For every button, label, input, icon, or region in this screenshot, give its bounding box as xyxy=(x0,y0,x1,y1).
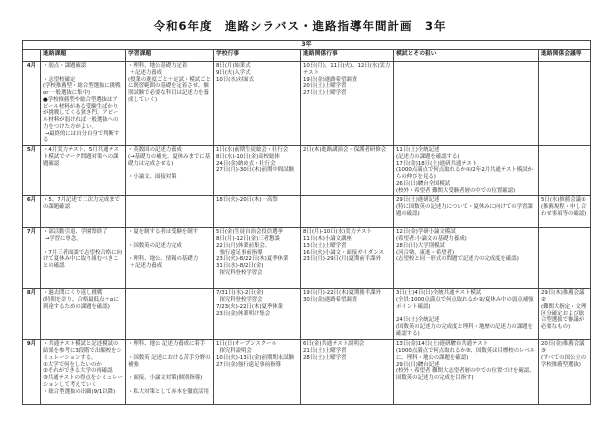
cell-career-task: ・部活動引退、学園祭終了 →学習に専念。 ・7月三者面談で志望校合格に向けて夏休… xyxy=(41,228,126,289)
cell-study-task xyxy=(126,289,214,340)
cell-mock-exam: 29日(土)進研記述 (特に国数英の記述力について・夏休みに向けての学習課題の確… xyxy=(394,196,539,228)
cell-mock-exam: 12日(金)学研小論文模試 (希望者:小論文の基礎力養成) 28日(日)大学別模… xyxy=(394,228,539,289)
table-row-july: 7月 ・部活動引退、学園祭終了 →学習に専念。 ・7月三者面談で志望校合格に向け… xyxy=(23,228,591,289)
cell-school-event: 18日(火)-20日(木)一高祭 xyxy=(214,196,301,228)
table-row-september: 9月 ・共通テスト模試と記述模試の結果を参考に3段階で出願校をシミュレーションす… xyxy=(23,340,591,405)
header-career-task: 進路課題 xyxy=(41,50,126,62)
table-row-april: 4月 ・弱点・課題確認 ・志望校確定 (学校推薦型・総合型選抜に挑戦 or 一般… xyxy=(23,62,591,146)
cell-career-meeting xyxy=(539,62,591,146)
cell-career-meeting xyxy=(539,146,591,196)
cell-study-task xyxy=(126,196,214,228)
cell-career-task: ・過去問にくり返し挑戦 (時間を計り、合格最低点＋αに到達するための課題を確認) xyxy=(41,289,126,340)
cell-study-task: ・夏を制する者は受験を制す ・国数英の記述力完成 ・理科、地公、情報の基礎力 ＋… xyxy=(126,228,214,289)
cell-school-event: 1日(日)オープンスクール 探究科説明会 10日(火)-13日(金)前期期末試験… xyxy=(214,340,301,405)
grade-row: 3年 xyxy=(23,41,591,50)
cell-career-task: ・弱点・課題確認 ・志望校確定 (学校推薦型・総合型選抜に挑戦 or 一般選抜に… xyxy=(41,62,126,146)
cell-mock-exam: 13日(金)14日(土)進研駿台共通テスト (1000点満点で何点取れるか③、国… xyxy=(394,340,539,405)
month-label: 9月 xyxy=(23,340,41,405)
cell-school-event: 5日(金)生徒自治会役員選挙 8日(月)-12日(金)三者懇談 22日(月)休業… xyxy=(214,228,301,289)
cell-study-task: ・理科、地公 記述力養成に着手 ・国数英 記述における苦手分野の補強 ・面接、小… xyxy=(126,340,214,405)
cell-career-meeting xyxy=(539,228,591,289)
cell-study-task: ・理科、地公基礎力定着 ＋記述力養成 (授業の進度ごと＋定試・模試ごとに既習範囲… xyxy=(126,62,214,146)
cell-career-task: ・5、7月記述で二次力完成までの課題確認 xyxy=(41,196,126,228)
annual-plan-table: 3年 進路課題 学習課題 学校行事 進路関係行事 模試とその狙い 進路関係会議等… xyxy=(22,40,591,405)
header-career-event: 進路関係行事 xyxy=(301,50,394,62)
cell-mock-exam: 3日(土)4日(日)全統共通テスト模試 (全員:1000点満点で何点取れるか②/… xyxy=(394,289,539,340)
table-row-june: 6月 ・5、7月記述で二次力完成までの課題確認 18日(火)-20日(木)一高祭… xyxy=(23,196,591,228)
cell-career-task: ・共通テスト模試と記述模試の結果を参考に3段階で出願校をシミュレーションする。 … xyxy=(41,340,126,405)
cell-career-event: 19日(月)-22日(木)夏期後半課外 30日(金)進路希望調査 xyxy=(301,289,394,340)
cell-career-meeting: 5日(水)推薦会議① (推薦規程・申し合わせ事項等の確認) xyxy=(539,196,591,228)
table-row-august: 8月 ・過去問にくり返し挑戦 (時間を計り、合格最低点＋αに到達するための課題を… xyxy=(23,289,591,340)
grade-label: 3年 xyxy=(23,41,591,50)
month-label: 6月 xyxy=(23,196,41,228)
page-title: 令和6年度 進路シラバス・進路指導年間計画 3年 xyxy=(0,0,600,34)
table-header-row: 進路課題 学習課題 学校行事 進路関係行事 模試とその狙い 進路関係会議等 xyxy=(23,50,591,62)
header-mock-exam: 模試とその狙い xyxy=(394,50,539,62)
cell-career-event: 8日(月)-10日(水)実力テスト 11日(木)小論文講座 13日(土)土曜学習… xyxy=(301,228,394,289)
header-school-event: 学校行事 xyxy=(214,50,301,62)
cell-career-task: ・4月実力テスト、5月共通テスト模試でマーク問題対策への課題確認 xyxy=(41,146,126,196)
cell-mock-exam xyxy=(394,62,539,146)
cell-career-event: 2日(木)進路講演会・保護者研修会 xyxy=(301,146,394,196)
header-study-task: 学習課題 xyxy=(126,50,214,62)
cell-school-event: 8日(月)始業式 9日(火)入学式 10日(水)対面式 xyxy=(214,62,301,146)
month-label: 8月 xyxy=(23,289,41,340)
header-month-spacer xyxy=(23,50,41,62)
cell-mock-exam: 11日(土)全統記述 (記述力の課題を確認する) 17日(金)18日(土)進研共… xyxy=(394,146,539,196)
month-label: 4月 xyxy=(23,62,41,146)
document-page: 令和6年度 進路シラバス・進路指導年間計画 3年 3年 進路課題 学習課題 学校… xyxy=(0,0,600,424)
header-career-meeting: 進路関係会議等 xyxy=(539,50,591,62)
month-label: 7月 xyxy=(23,228,41,289)
table-row-may: 5月 ・4月実力テスト、5月共通テスト模試でマーク問題対策への課題確認 ・英数国… xyxy=(23,146,591,196)
cell-study-task: ・英数国の記述力養成 (→基礎力の補充、夏休みまでに基礎力は完成させる) ・小論… xyxy=(126,146,214,196)
cell-career-event xyxy=(301,196,394,228)
cell-school-event: 1日(水)前期生徒総会・壮行会 8日(水)-10日(金)高校総体 24日(金)納… xyxy=(214,146,301,196)
month-label: 5月 xyxy=(23,146,41,196)
cell-career-meeting: 29日(木)推薦会議② (難関大指定・文理区分確定および総合型選抜で審議が必要な… xyxy=(539,289,591,340)
cell-career-event: 6日(金)共通テスト説明会 21日(土)土曜学習 28日(土)土曜学習 xyxy=(301,340,394,405)
cell-career-event: 10日(月)、11日(火)、12日(水)実力テスト 19日(金)進路希望調査 2… xyxy=(301,62,394,146)
cell-school-event: 7/31日(水)-2日(金) 探究科登校学習会 7/23(火)-22日(木)夏季… xyxy=(214,289,301,340)
cell-career-meeting: 20日(金)推薦会議③ (すべての国公立の学校推薦型選抜) xyxy=(539,340,591,405)
